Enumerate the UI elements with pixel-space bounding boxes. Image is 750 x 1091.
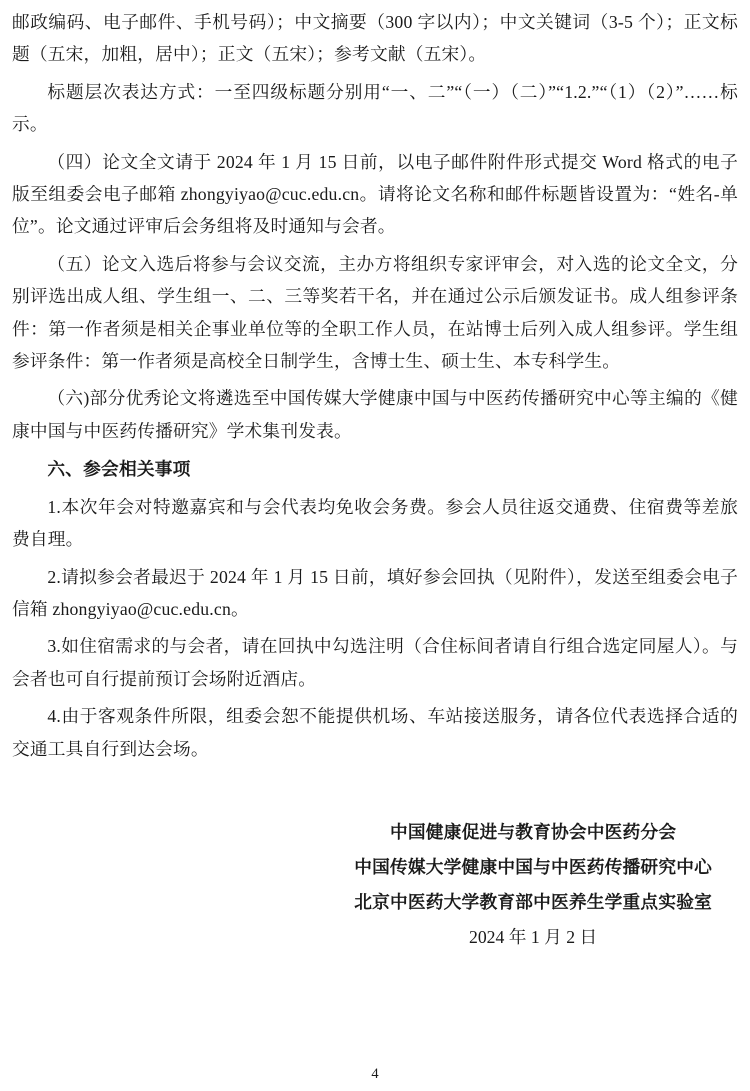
- attendance-item-4-transport: 4.由于客观条件所限，组委会恕不能提供机场、车站接送服务，请各位代表选择合适的交…: [12, 700, 738, 765]
- paragraph-item-six-publication: （六)部分优秀论文将遴选至中国传媒大学健康中国与中医药传播研究中心等主编的《健康…: [12, 382, 738, 447]
- document-page: 邮政编码、电子邮件、手机号码）；中文摘要（300 字以内）；中文关键词（3-5 …: [0, 0, 750, 1091]
- paragraph-heading-levels: 标题层次表达方式：一至四级标题分别用“一、二”“（一）（二）”“1.2.”“（1…: [12, 76, 738, 141]
- signature-date: 2024 年 1 月 2 日: [354, 920, 712, 955]
- paragraph-format-continuation: 邮政编码、电子邮件、手机号码）；中文摘要（300 字以内）；中文关键词（3-5 …: [12, 6, 738, 71]
- section-heading-attendance: 六、参会相关事项: [12, 453, 738, 485]
- document-body: 邮政编码、电子邮件、手机号码）；中文摘要（300 字以内）；中文关键词（3-5 …: [12, 6, 738, 765]
- signature-organization-3: 北京中医药大学教育部中医养生学重点实验室: [354, 885, 712, 920]
- attendance-item-1-fees: 1.本次年会对特邀嘉宾和与会代表均免收会务费。参会人员往返交通费、住宿费等差旅费…: [12, 491, 738, 556]
- signature-organization-2: 中国传媒大学健康中国与中医药传播研究中心: [354, 850, 712, 885]
- attendance-item-3-lodging: 3.如住宿需求的与会者，请在回执中勾选注明（合住标间者请自行组合选定同屋人）。与…: [12, 630, 738, 695]
- signature-organization-1: 中国健康促进与教育协会中医药分会: [354, 815, 712, 850]
- attendance-item-2-reply-form: 2.请拟参会者最迟于 2024 年 1 月 15 日前，填好参会回执（见附件），…: [12, 561, 738, 626]
- paragraph-item-four-submission: （四）论文全文请于 2024 年 1 月 15 日前，以电子邮件附件形式提交 W…: [12, 146, 738, 243]
- signature-block: 中国健康促进与教育协会中医药分会 中国传媒大学健康中国与中医药传播研究中心 北京…: [354, 815, 712, 955]
- page-number: 4: [0, 1066, 750, 1083]
- paragraph-item-five-review: （五）论文入选后将参与会议交流，主办方将组织专家评审会，对入选的论文全文，分别评…: [12, 248, 738, 378]
